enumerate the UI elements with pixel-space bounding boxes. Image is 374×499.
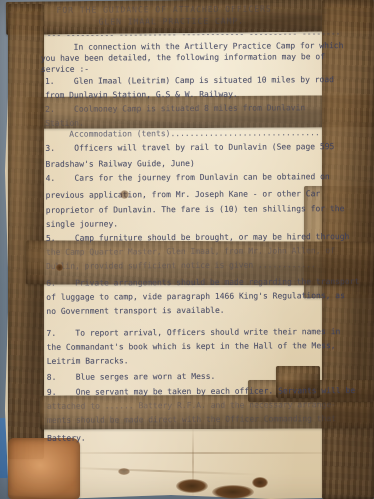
- typed-line: of luggage to camp, vide paragraph 1466 …: [46, 291, 345, 302]
- stain-spot: [176, 479, 208, 493]
- stain-spot: [252, 477, 268, 488]
- photo-of-document: FOR THE GUIDANCE OF ATTACHED OFFICERS GL…: [0, 0, 374, 499]
- typed-line: Battery.: [47, 434, 86, 443]
- typed-line: ments should be made direct with the Off…: [47, 414, 336, 425]
- typed-line: Bradshaw's Railway Guide, June): [45, 159, 194, 169]
- typed-line: from Dunlavin Station, G.S & W. Railway.: [45, 90, 238, 100]
- typed-line: single journey.: [46, 219, 118, 228]
- typed-line: In connection with the Artillery Practic…: [45, 41, 344, 52]
- typed-line: Accommodation (tents)...................…: [69, 128, 320, 139]
- typed-line: Dublin, provided sufficient notice is gi…: [46, 260, 316, 271]
- typed-line: previous application, from Mr. Joseph Ka…: [46, 189, 321, 200]
- typed-line: 7. To report arrival, Officers should wr…: [46, 327, 340, 338]
- header-line-2: GLEN IMAAL PRACTICE CAMP.: [99, 17, 244, 27]
- typed-line: the Camp Quarter Master, Glen Imaal, fro…: [46, 246, 335, 257]
- typed-line: 1. Glen Imaal (Leitrim) Camp is situated…: [45, 75, 334, 86]
- typed-line: the Commandant's book which is kept in t…: [47, 341, 336, 352]
- header-line-1: FOR THE GUIDANCE OF ATTACHED OFFICERS: [57, 4, 272, 14]
- typed-line: 8. Blue serges are worn at Mess.: [47, 372, 216, 382]
- typed-line: 6. Private arrangements should be made r…: [46, 277, 359, 288]
- stain-spot: [118, 468, 130, 475]
- typed-text-layer: FOR THE GUIDANCE OF ATTACHED OFFICERS GL…: [0, 0, 374, 499]
- typed-line: you have been detailed, the following in…: [41, 52, 325, 63]
- typed-line: 3. Officers will travel by rail to Dunla…: [45, 142, 334, 153]
- typed-line: proprietor of Dunlavin. The fare is (10)…: [46, 204, 345, 215]
- typed-line: 2. Coolmoney Camp is situated 8 miles fr…: [45, 103, 305, 114]
- typed-line: 5. Camp furniture should be brought, or …: [46, 232, 349, 243]
- typed-line: Leitrim Barracks.: [47, 356, 129, 366]
- stain-spot: [120, 190, 129, 199]
- typed-line: no Government transport is available.: [46, 306, 224, 316]
- typed-line: service :-: [41, 65, 89, 74]
- header-divider: --- ---------- ------------ ------------…: [47, 29, 341, 40]
- stain-spot: [212, 485, 254, 499]
- typed-line: Station.: [45, 119, 84, 128]
- typed-line: 9. One servant may be taken by each offi…: [47, 386, 355, 397]
- stain-spot: [56, 264, 63, 271]
- typed-line: 4. Cars for the journey from Dunlavin ca…: [46, 172, 330, 183]
- typed-line: attached to ...... Battery R.F.A. and th…: [47, 400, 336, 411]
